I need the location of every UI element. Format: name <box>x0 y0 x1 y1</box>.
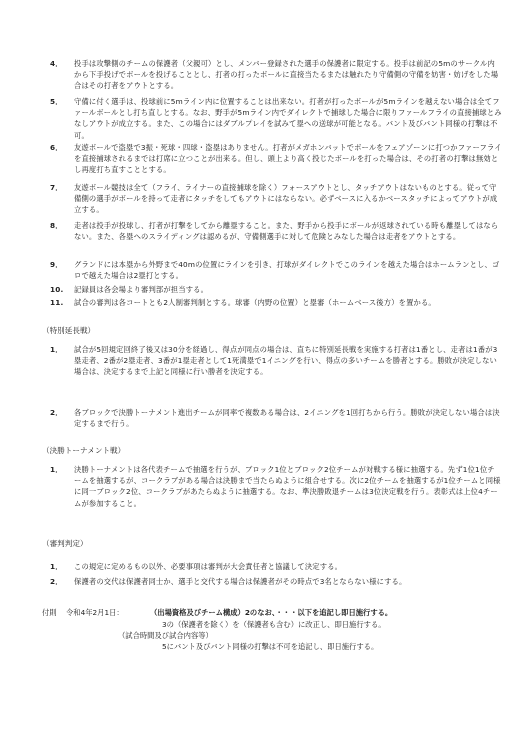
tournament-item-1: 1． 決勝トーナメントは各代表チームで抽選を行うが、ブロック1位とブロック2位チ… <box>50 464 502 509</box>
rule-text: 各ブロックで決勝トーナメント進出チームが同率で複数ある場合は、2イニングを1回打… <box>74 407 502 429</box>
rule-number: 1． <box>50 561 72 572</box>
overtime-item-2: 2． 各ブロックで決勝トーナメント進出チームが同率で複数ある場合は、2イニングを… <box>50 407 502 429</box>
rule-number: 7． <box>50 182 72 193</box>
rule-text: 友遊ボール競技は全て（フライ、ライナーの直接捕球を除く）フォースアウトとし、タッ… <box>74 182 502 216</box>
rule-text: 投手は攻撃側のチームの保護者（父親可）とし、メンバー登録された選手の保護者に限定… <box>74 58 502 92</box>
rule-number: 8． <box>50 220 72 231</box>
section-heading-misc: （審判判定） <box>42 538 88 549</box>
rule-text: 保護者の交代は保護者同士か、選手と交代する場合は保護者がその時点で3名とならない… <box>74 576 502 587</box>
rule-text: グランドには本塁から外野まで40mの位置にラインを引き、打球がダイレクトでこのラ… <box>74 259 502 281</box>
rule-number: 6． <box>50 142 72 153</box>
rule-number: 5． <box>50 96 72 107</box>
rule-text: 守備に付く選手は、投球前に5mライン内に位置することは出来ない。打者が打ったボー… <box>74 96 502 141</box>
rule-item-4: 4． 投手は攻撃側のチームの保護者（父親可）とし、メンバー登録された選手の保護者… <box>50 58 502 92</box>
rule-item-10: 10. 記録員は各会場より審判部が担当する。 <box>50 284 502 295</box>
rule-text: 試合が5回規定回終了後又は30分を経過し、得点が同点の場合は、直ちに特別延長戦を… <box>74 344 502 378</box>
document-page: 4． 投手は攻撃側のチームの保護者（父親可）とし、メンバー登録された選手の保護者… <box>0 0 527 746</box>
appendix-date: 令和4年2月1日： <box>66 607 124 618</box>
rule-text: この規定に定めるもの以外、必要事項は審判が大会責任者と協議して決定する。 <box>74 561 502 572</box>
appendix-label: 付則 <box>42 607 57 618</box>
rule-text: 走者は投手が投球し、打者が打撃をしてから離塁すること。また、野手から投手にボール… <box>74 220 502 242</box>
rule-number: 11. <box>50 297 72 308</box>
misc-item-2: 2． 保護者の交代は保護者同士か、選手と交代する場合は保護者がその時点で3名とな… <box>50 576 502 587</box>
rule-item-5: 5． 守備に付く選手は、投球前に5mライン内に位置することは出来ない。打者が打っ… <box>50 96 502 141</box>
rule-text: 試合の審判は各コートとも2人制審判制とする。球審（内野の位置）と塁審（ホームベー… <box>74 297 502 308</box>
rule-item-6: 6． 友遊ボールで盗塁で3振・死球・四球・盗塁はありません。打者がメガホンバット… <box>50 142 502 176</box>
rule-text: 決勝トーナメントは各代表チームで抽選を行うが、ブロック1位とブロック2位チームが… <box>74 464 502 509</box>
appendix-line-4: 5にバント及びバント同様の打撃は不可を追記し、即日施行する。 <box>162 641 378 652</box>
rule-number: 1． <box>50 464 72 475</box>
rule-text: 記録員は各会場より審判部が担当する。 <box>74 284 502 295</box>
appendix-line-1: （出場資格及びチーム構成）2のなお、・・・以下を追記し即日施行する。 <box>150 607 392 618</box>
rule-item-9: 9． グランドには本塁から外野まで40mの位置にラインを引き、打球がダイレクトで… <box>50 259 502 281</box>
overtime-item-1: 1． 試合が5回規定回終了後又は30分を経過し、得点が同点の場合は、直ちに特別延… <box>50 344 502 378</box>
misc-item-1: 1． この規定に定めるもの以外、必要事項は審判が大会責任者と協議して決定する。 <box>50 561 502 572</box>
rule-item-7: 7． 友遊ボール競技は全て（フライ、ライナーの直接捕球を除く）フォースアウトとし… <box>50 182 502 216</box>
section-heading-overtime: （特別延長戦） <box>42 325 95 336</box>
rule-number: 2． <box>50 407 72 418</box>
rule-number: 10. <box>50 284 72 295</box>
appendix-line-3: （試合時間及び試合内容等） <box>118 630 213 641</box>
appendix-line-2: 3の（保護者を除く）を（保護者も含む）に改正し、即日施行する。 <box>162 619 386 630</box>
rule-number: 2． <box>50 576 72 587</box>
rule-item-8: 8． 走者は投手が投球し、打者が打撃をしてから離塁すること。また、野手から投手に… <box>50 220 502 242</box>
rule-number: 9． <box>50 259 72 270</box>
rule-text: 友遊ボールで盗塁で3振・死球・四球・盗塁はありません。打者がメガホンバットでボー… <box>74 142 502 176</box>
rule-number: 4． <box>50 58 72 69</box>
section-heading-tournament: （決勝トーナメント戦） <box>42 445 125 456</box>
rule-number: 1． <box>50 344 72 355</box>
rule-item-11: 11. 試合の審判は各コートとも2人制審判制とする。球審（内野の位置）と塁審（ホ… <box>50 297 502 308</box>
